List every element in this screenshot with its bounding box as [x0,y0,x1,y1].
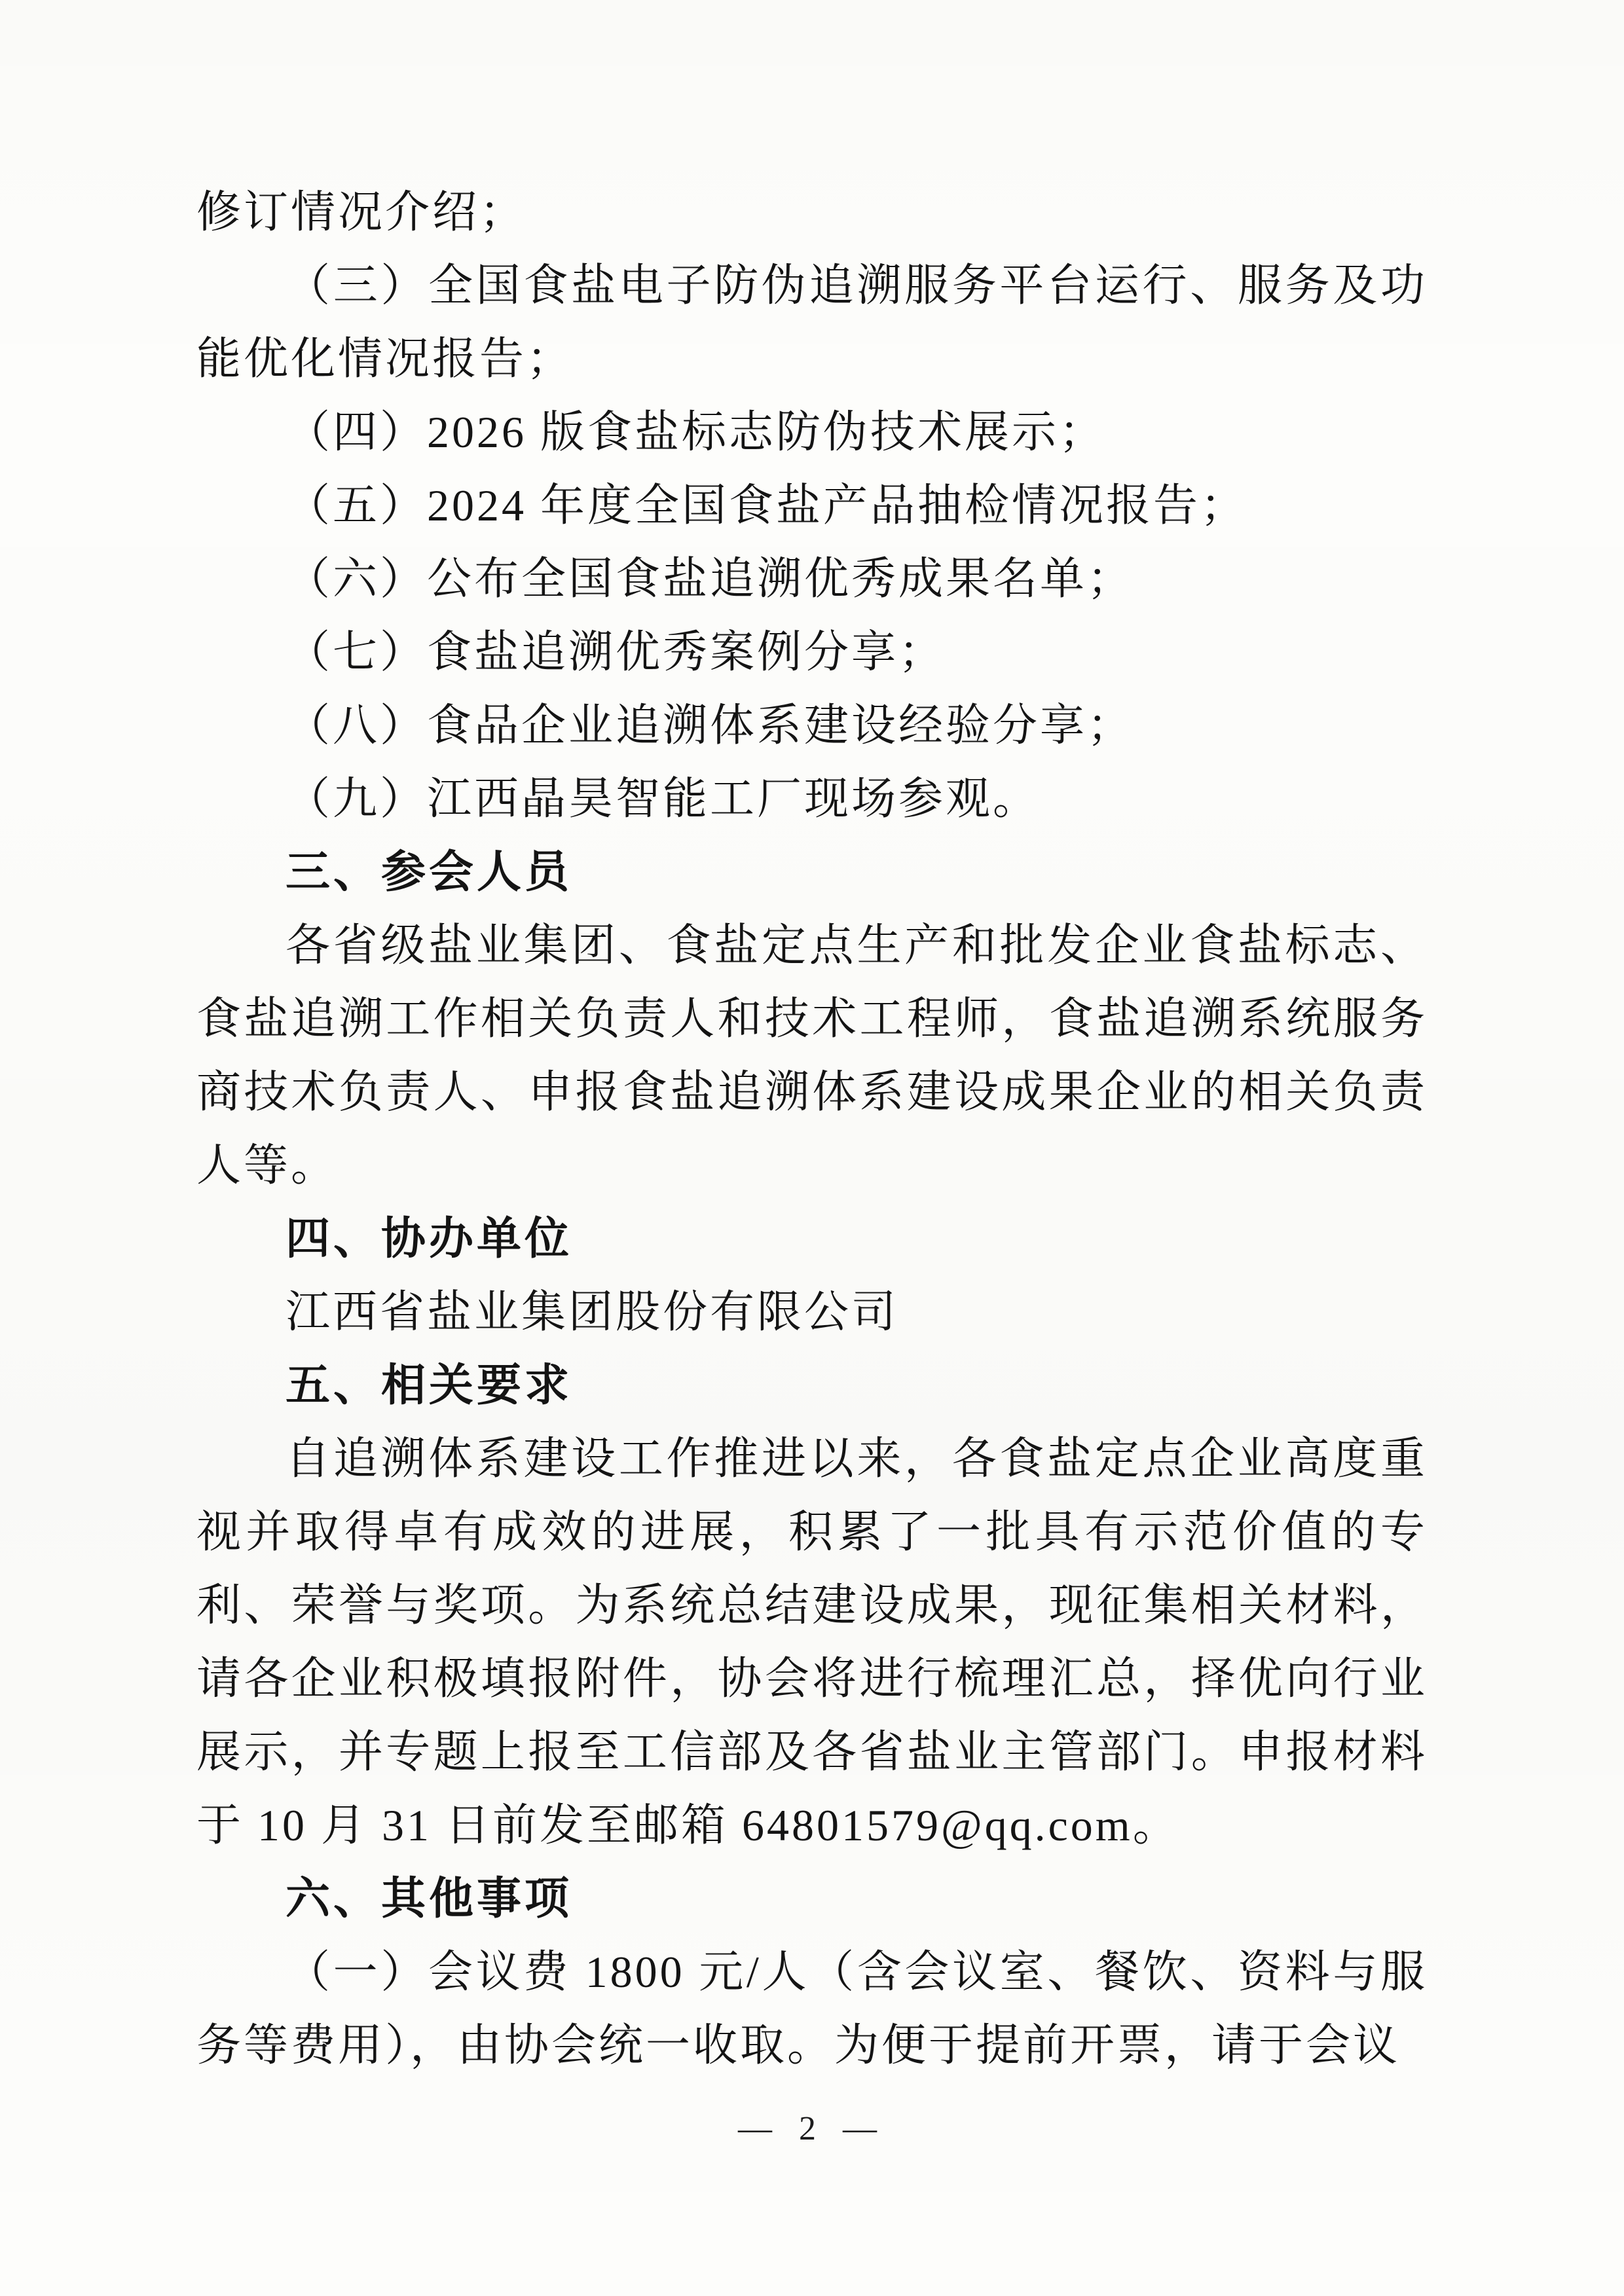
section-heading-attendees: 三、参会人员 [196,835,1428,909]
other-matters-paragraph: （一）会议费 1800 元/人（含会议室、餐饮、资料与服务等费用），由协会统一收… [196,1935,1428,2082]
document-body: 修订情况介绍； （三）全国食盐电子防伪追溯服务平台运行、服务及功能优化情况报告；… [196,175,1428,2082]
co-organizer-paragraph: 江西省盐业集团股份有限公司 [196,1275,1428,1349]
agenda-item-3: （三）全国食盐电子防伪追溯服务平台运行、服务及功能优化情况报告； [196,249,1428,395]
agenda-item-8: （八）食品企业追溯体系建设经验分享； [196,689,1428,762]
agenda-item-7: （七）食盐追溯优秀案例分享； [196,615,1428,689]
agenda-item-6: （六）公布全国食盐追溯优秀成果名单； [196,542,1428,615]
page-number: — 2 — [0,2109,1624,2148]
section-heading-co-organizer: 四、协办单位 [196,1202,1428,1275]
requirements-paragraph: 自追溯体系建设工作推进以来，各食盐定点企业高度重视并取得卓有成效的进展，积累了一… [196,1422,1428,1862]
agenda-item-5: （五）2024 年度全国食盐产品抽检情况报告； [196,469,1428,542]
document-page: 修订情况介绍； （三）全国食盐电子防伪追溯服务平台运行、服务及功能优化情况报告；… [0,0,1624,2296]
paragraph-continuation: 修订情况介绍； [196,175,1428,249]
section-heading-other-matters: 六、其他事项 [196,1862,1428,1935]
agenda-item-9: （九）江西晶昊智能工厂现场参观。 [196,762,1428,835]
agenda-item-4: （四）2026 版食盐标志防伪技术展示； [196,395,1428,469]
attendees-paragraph: 各省级盐业集团、食盐定点生产和批发企业食盐标志、食盐追溯工作相关负责人和技术工程… [196,909,1428,1202]
section-heading-requirements: 五、相关要求 [196,1349,1428,1422]
